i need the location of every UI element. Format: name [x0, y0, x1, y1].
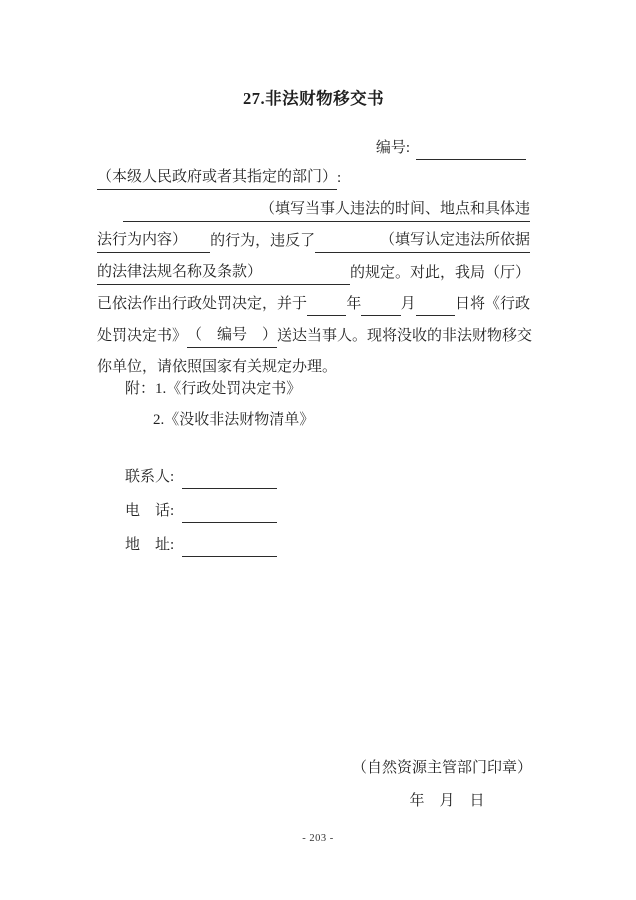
signature-date: 年 月 日 [337, 791, 547, 811]
legal-basis-hint: （填写认定违法所依据 [380, 231, 530, 253]
body-line-2: 法行为内容） 的行为，违反了 （填写认定违法所依据 [97, 222, 530, 254]
legal-basis-blank-tail[interactable] [262, 264, 350, 285]
number-blank[interactable] [416, 139, 526, 160]
addressee-colon: : [337, 169, 341, 190]
legal-basis-blank[interactable] [315, 232, 380, 253]
legal-basis-hint-cont: 的法律法规名称及条款） [97, 263, 262, 285]
violation-details-blank[interactable] [123, 201, 260, 222]
violation-details-blank-tail[interactable] [187, 232, 210, 253]
body-text-decision: 已依法作出行政处罚决定，并于 [97, 295, 307, 316]
document-page: 27.非法财物移交书 编号: （本级人民政府或者其指定的部门） : （填写当事人… [0, 0, 636, 900]
body-line-5: 处罚决定书》 （ 编号 ） 送达当事人。现将没收的非法财物移交 [97, 316, 530, 348]
day-label: 日将《行政 [455, 295, 530, 316]
contact-address-label: 地 址: [125, 536, 174, 557]
contacts-section: 联系人: 电 话: 地 址: [97, 455, 530, 557]
contact-address-blank[interactable] [182, 536, 277, 557]
body-text-provision: 的规定。对此，我局（厅） [350, 264, 530, 285]
year-label: 年 [346, 295, 361, 316]
contact-address-line: 地 址: [125, 523, 530, 557]
page-number: - 203 - [0, 833, 636, 844]
attachments-label: 附： [125, 380, 155, 401]
number-label: 编号: [376, 139, 410, 160]
contact-name-label: 联系人: [125, 468, 174, 489]
document-content: 27.非法财物移交书 编号: （本级人民政府或者其指定的部门） : （填写当事人… [97, 0, 530, 557]
violation-hint-text: （填写当事人违法的时间、地点和具体违 [260, 200, 530, 222]
contact-name-line: 联系人: [125, 455, 530, 489]
body-line-1: （填写当事人违法的时间、地点和具体违 [97, 190, 530, 222]
body-paragraph: （填写当事人违法的时间、地点和具体违 法行为内容） 的行为，违反了 （填写认定违… [97, 190, 530, 379]
addressee-text: （本级人民政府或者其指定的部门） [97, 168, 337, 190]
month-blank[interactable] [361, 295, 400, 316]
attachment-line-2: 2.《没收非法财物清单》 [97, 401, 530, 433]
body-text-conduct: 的行为，违反了 [210, 232, 315, 253]
contact-phone-label: 电 话: [125, 502, 174, 523]
contact-name-blank[interactable] [182, 468, 277, 489]
contact-phone-blank[interactable] [182, 502, 277, 523]
page-title: 27.非法财物移交书 [97, 88, 530, 110]
day-blank[interactable] [416, 295, 455, 316]
body-text-closing: 你单位，请依照国家有关规定办理。 [97, 358, 337, 379]
body-line-4: 已依法作出行政处罚决定，并于 年 月 日将《行政 [97, 285, 530, 317]
contact-phone-line: 电 话: [125, 489, 530, 523]
month-label: 月 [401, 295, 416, 316]
attachment-item-2: 2.《没收非法财物清单》 [153, 411, 314, 432]
attachment-item-1: 1.《行政处罚决定书》 [155, 380, 301, 401]
signature-block: （自然资源主管部门印章） 年 月 日 [337, 757, 547, 811]
body-text-delivery: 送达当事人。现将没收的非法财物移交 [277, 327, 532, 348]
signature-stamp: （自然资源主管部门印章） [337, 757, 547, 779]
body-line-3: 的法律法规名称及条款） 的规定。对此，我局（厅） [97, 253, 530, 285]
body-text-penalty-doc: 处罚决定书》 [97, 327, 187, 348]
penalty-doc-number-blank[interactable]: （ 编号 ） [187, 326, 277, 348]
number-line: 编号: [97, 140, 530, 160]
year-blank[interactable] [307, 295, 346, 316]
addressee-line: （本级人民政府或者其指定的部门） : [97, 170, 530, 190]
violation-hint-cont: 法行为内容） [97, 231, 187, 253]
